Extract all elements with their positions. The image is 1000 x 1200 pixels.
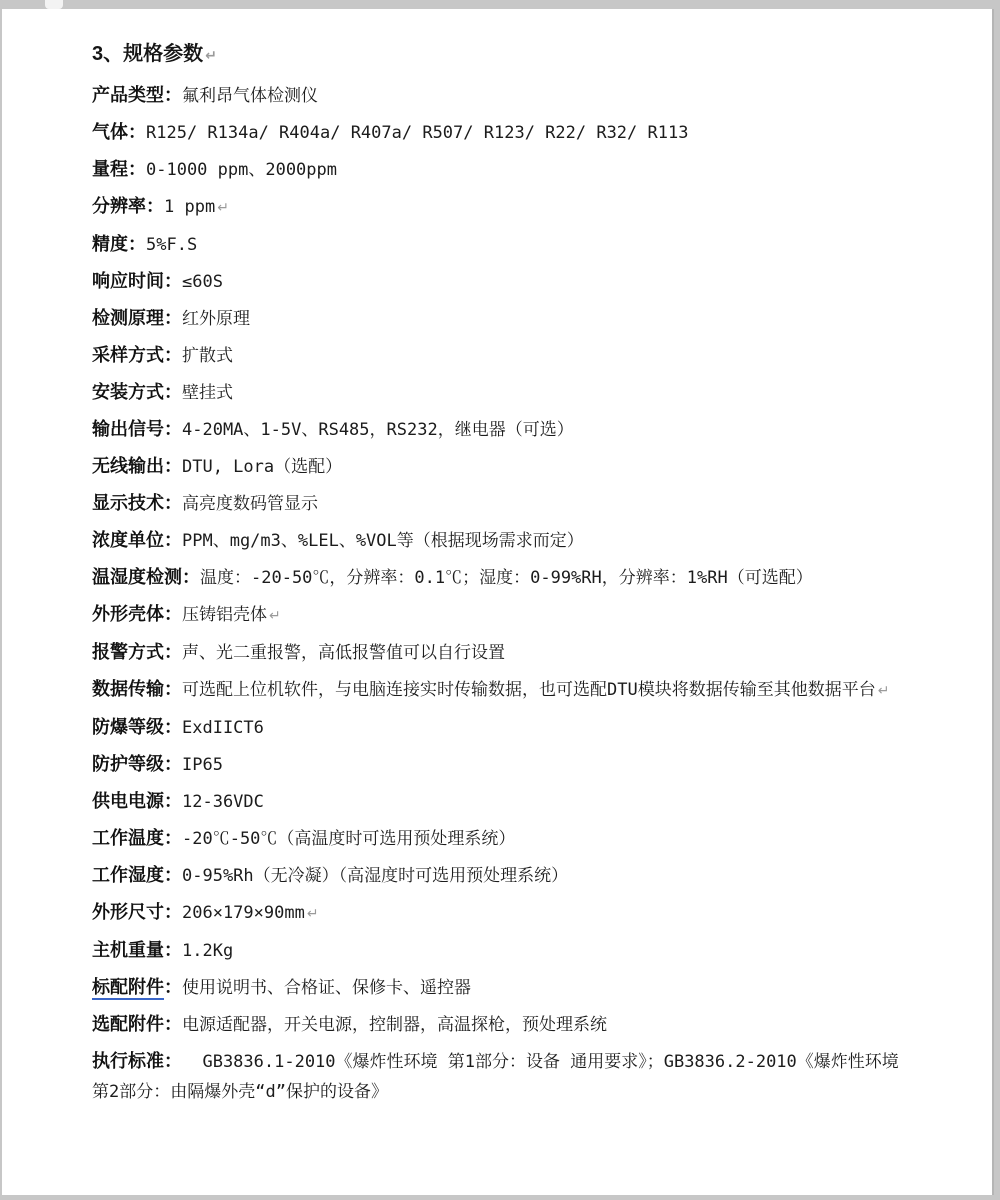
spec-line: 显示技术：高亮度数码管显示 — [92, 489, 914, 519]
spec-colon: ： — [164, 828, 182, 848]
spec-value: GB3836.1-2010《爆炸性环境 第1部分：设备 通用要求》；GB3836… — [92, 1052, 909, 1102]
spec-label: 温湿度检测 — [92, 567, 182, 587]
spec-label: 标配附件 — [92, 977, 164, 1000]
spec-label: 显示技术 — [92, 493, 164, 513]
spec-value: 1.2Kg — [182, 941, 233, 961]
spec-colon: ： — [164, 754, 182, 774]
spec-colon: ： — [164, 717, 182, 737]
spec-value: -20℃-50℃（高温度时可选用预处理系统） — [182, 829, 515, 849]
spec-lines: 产品类型：氟利昂气体检测仪气体：R125/ R134a/ R404a/ R407… — [92, 81, 914, 1107]
spec-line: 标配附件：使用说明书、合格证、保修卡、遥控器 — [92, 973, 914, 1003]
spec-line: 浓度单位：PPM、mg/m3、%LEL、%VOL等（根据现场需求而定） — [92, 526, 914, 556]
spec-section: 3、规格参数↵ 产品类型：氟利昂气体检测仪气体：R125/ R134a/ R40… — [2, 9, 992, 1107]
spec-line: 供电电源：12-36VDC — [92, 787, 914, 817]
spec-label: 采样方式 — [92, 345, 164, 365]
spec-line: 无线输出：DTU, Lora（选配） — [92, 452, 914, 482]
spec-value: 206×179×90mm — [182, 903, 305, 923]
spec-value: 红外原理 — [182, 309, 250, 329]
spec-label: 无线输出 — [92, 456, 164, 476]
spec-line: 工作湿度：0-95%Rh（无冷凝）（高湿度时可选用预处理系统） — [92, 861, 914, 891]
spec-line: 气体：R125/ R134a/ R404a/ R407a/ R507/ R123… — [92, 118, 914, 148]
spec-line: 主机重量：1.2Kg — [92, 936, 914, 966]
spec-colon: ： — [128, 159, 146, 179]
spec-line: 选配附件：电源适配器，开关电源，控制器，高温探枪，预处理系统 — [92, 1010, 914, 1040]
spec-label: 执行标准 — [92, 1051, 164, 1071]
spec-value: 可选配上位机软件，与电脑连接实时传输数据，也可选配DTU模块将数据传输至其他数据… — [182, 680, 876, 700]
spec-label: 分辨率 — [92, 196, 146, 216]
spec-label: 工作温度 — [92, 828, 164, 848]
spec-value: R125/ R134a/ R404a/ R407a/ R507/ R123/ R… — [146, 123, 688, 143]
spec-value: 扩散式 — [182, 346, 233, 366]
spec-value: 0-1000 ppm、2000ppm — [146, 160, 337, 180]
spec-colon: ： — [182, 567, 200, 587]
spec-line: 检测原理：红外原理 — [92, 304, 914, 334]
spec-label: 防护等级 — [92, 754, 164, 774]
spec-value: 5%F.S — [146, 235, 197, 255]
spec-label: 报警方式 — [92, 642, 164, 662]
spec-value: 使用说明书、合格证、保修卡、遥控器 — [182, 978, 471, 998]
spec-label: 安装方式 — [92, 382, 164, 402]
spec-value: 0-95%Rh（无冷凝）（高湿度时可选用预处理系统） — [182, 866, 568, 886]
spec-line: 分辨率：1 ppm↵ — [92, 192, 914, 223]
spec-line: 防爆等级：ExdIICT6 — [92, 713, 914, 743]
spec-colon: ： — [164, 977, 182, 997]
pilcrow-mark-icon: ↵ — [307, 906, 319, 922]
spec-value: 声、光二重报警，高低报警值可以自行设置 — [182, 643, 505, 663]
section-heading: 3、规格参数↵ — [92, 39, 914, 71]
spec-line: 外形壳体：压铸铝壳体↵ — [92, 600, 914, 631]
spec-colon: ： — [164, 456, 182, 476]
spec-line: 产品类型：氟利昂气体检测仪 — [92, 81, 914, 111]
spec-value: ExdIICT6 — [182, 718, 264, 738]
document-page: 3、规格参数↵ 产品类型：氟利昂气体检测仪气体：R125/ R134a/ R40… — [2, 9, 994, 1195]
spec-line: 工作温度：-20℃-50℃（高温度时可选用预处理系统） — [92, 824, 914, 854]
spec-colon: ： — [128, 122, 146, 142]
spec-label: 数据传输 — [92, 679, 164, 699]
spec-colon: ： — [164, 308, 182, 328]
spec-line: 输出信号：4-20MA、1-5V、RS485，RS232，继电器（可选） — [92, 415, 914, 445]
spec-line: 数据传输：可选配上位机软件，与电脑连接实时传输数据，也可选配DTU模块将数据传输… — [92, 675, 914, 706]
spec-colon: ： — [164, 345, 182, 365]
spec-line: 报警方式：声、光二重报警，高低报警值可以自行设置 — [92, 638, 914, 668]
spec-colon: ： — [164, 679, 182, 699]
spec-line: 防护等级：IP65 — [92, 750, 914, 780]
spec-colon: ： — [164, 382, 182, 402]
scroll-notch-decoration — [45, 0, 63, 9]
pilcrow-mark-icon: ↵ — [269, 608, 281, 624]
spec-value: 温度：-20-50℃，分辨率：0.1℃；湿度：0-99%RH，分辨率：1%RH（… — [200, 568, 813, 588]
spec-colon: ： — [164, 419, 182, 439]
spec-colon: ： — [164, 865, 182, 885]
spec-colon: ： — [164, 493, 182, 513]
spec-colon: ： — [164, 604, 182, 624]
spec-value: 12-36VDC — [182, 792, 264, 812]
spec-label: 供电电源 — [92, 791, 164, 811]
spec-colon: ： — [164, 791, 182, 811]
spec-value: 1 ppm — [164, 197, 215, 217]
spec-line: 安装方式：壁挂式 — [92, 378, 914, 408]
spec-value: 4-20MA、1-5V、RS485，RS232，继电器（可选） — [182, 420, 574, 440]
section-heading-text: 3、规格参数 — [92, 43, 203, 65]
spec-value: IP65 — [182, 755, 223, 775]
spec-label: 选配附件 — [92, 1014, 164, 1034]
spec-label: 检测原理 — [92, 308, 164, 328]
spec-line: 响应时间：≤60S — [92, 267, 914, 297]
spec-line: 精度：5%F.S — [92, 230, 914, 260]
spec-label: 产品类型 — [92, 85, 164, 105]
spec-colon: ： — [164, 902, 182, 922]
spec-colon: ： — [146, 196, 164, 216]
spec-value: 壁挂式 — [182, 383, 233, 403]
spec-label: 气体 — [92, 122, 128, 142]
spec-label: 外形尺寸 — [92, 902, 164, 922]
spec-label: 防爆等级 — [92, 717, 164, 737]
spec-colon: ： — [164, 642, 182, 662]
spec-value: PPM、mg/m3、%LEL、%VOL等（根据现场需求而定） — [182, 531, 584, 551]
spec-line: 执行标准： GB3836.1-2010《爆炸性环境 第1部分：设备 通用要求》；… — [92, 1047, 914, 1107]
spec-label: 输出信号 — [92, 419, 164, 439]
spec-value: 高亮度数码管显示 — [182, 494, 318, 514]
spec-label: 浓度单位 — [92, 530, 164, 550]
spec-colon: ： — [128, 234, 146, 254]
spec-label: 主机重量 — [92, 940, 164, 960]
spec-line: 量程：0-1000 ppm、2000ppm — [92, 155, 914, 185]
spec-label: 量程 — [92, 159, 128, 179]
pilcrow-mark-icon: ↵ — [205, 48, 217, 64]
spec-label: 外形壳体 — [92, 604, 164, 624]
pilcrow-mark-icon: ↵ — [878, 683, 890, 699]
spec-value: 压铸铝壳体 — [182, 605, 267, 625]
spec-colon: ： — [164, 940, 182, 960]
pilcrow-mark-icon: ↵ — [217, 200, 229, 216]
spec-colon: ： — [164, 1014, 182, 1034]
spec-label: 精度 — [92, 234, 128, 254]
spec-value: 电源适配器，开关电源，控制器，高温探枪，预处理系统 — [182, 1015, 607, 1035]
spec-line: 温湿度检测：温度：-20-50℃，分辨率：0.1℃；湿度：0-99%RH，分辨率… — [92, 563, 914, 593]
spec-value: DTU, Lora（选配） — [182, 457, 342, 477]
spec-value: 氟利昂气体检测仪 — [182, 86, 318, 106]
spec-line: 外形尺寸：206×179×90mm↵ — [92, 898, 914, 929]
spec-label: 工作湿度 — [92, 865, 164, 885]
spec-colon: ： — [164, 85, 182, 105]
spec-colon: ： — [164, 271, 182, 291]
spec-label: 响应时间 — [92, 271, 164, 291]
spec-colon: ： — [164, 1051, 182, 1071]
spec-line: 采样方式：扩散式 — [92, 341, 914, 371]
spec-value: ≤60S — [182, 272, 223, 292]
spec-colon: ： — [164, 530, 182, 550]
